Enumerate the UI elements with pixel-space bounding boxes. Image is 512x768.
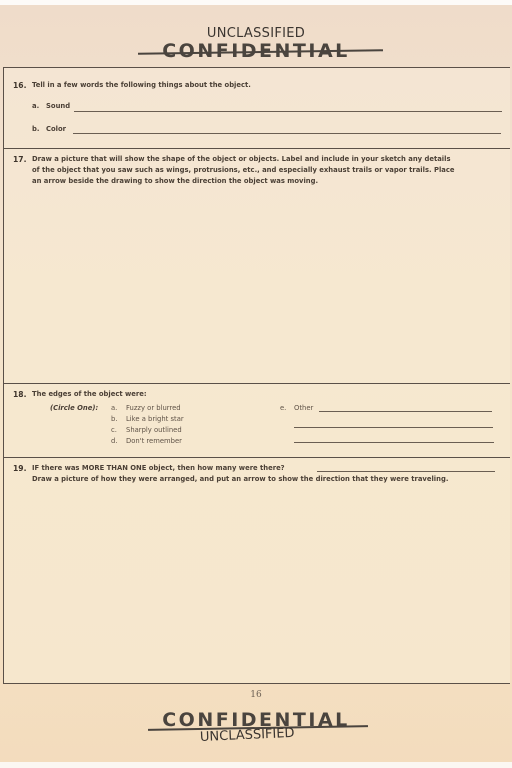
section-divider bbox=[4, 383, 510, 384]
questionnaire-form: 16. Tell in a few words the following th… bbox=[3, 67, 510, 684]
item-letter: a. bbox=[32, 102, 39, 110]
option-like-a-bright-star[interactable]: Like a bright star bbox=[126, 415, 184, 423]
object-count-field[interactable] bbox=[317, 471, 495, 472]
question-number: 17. bbox=[13, 155, 26, 164]
section-divider bbox=[4, 148, 510, 149]
classification-stamp-unclassified-bottom: UNCLASSIFIED bbox=[200, 726, 295, 745]
sound-label: Sound bbox=[46, 102, 70, 110]
sound-field[interactable] bbox=[74, 111, 502, 112]
option-letter: d. bbox=[111, 437, 117, 445]
other-field-line-2[interactable] bbox=[294, 427, 493, 428]
question-text: IF there was MORE THAN ONE object, then … bbox=[32, 463, 285, 474]
classification-stamp-unclassified-top: UNCLASSIFIED bbox=[0, 26, 512, 41]
question-number: 16. bbox=[13, 81, 26, 90]
color-label: Color bbox=[46, 125, 66, 133]
sketch-area-object-shape[interactable] bbox=[4, 190, 510, 380]
option-letter: c. bbox=[111, 426, 117, 434]
page-number: 16 bbox=[0, 690, 512, 700]
option-other[interactable]: Other bbox=[294, 404, 313, 412]
option-letter: e. bbox=[280, 404, 286, 412]
option-letter: a. bbox=[111, 404, 117, 412]
question-text-line: Draw a picture that will show the shape … bbox=[32, 154, 507, 165]
sketch-area-arrangement[interactable] bbox=[4, 490, 510, 680]
question-text-line: an arrow beside the drawing to show the … bbox=[32, 176, 507, 187]
option-letter: b. bbox=[111, 415, 117, 423]
option-dont-remember[interactable]: Don't remember bbox=[126, 437, 182, 445]
question-text: The edges of the object were: bbox=[32, 389, 147, 400]
other-field-line-3[interactable] bbox=[294, 442, 494, 443]
page-bottom-edge bbox=[0, 762, 512, 768]
section-divider bbox=[4, 457, 510, 458]
page-top-edge bbox=[0, 0, 512, 5]
question-text-line: of the object that you saw such as wings… bbox=[32, 165, 507, 176]
question-number: 19. bbox=[13, 464, 26, 473]
item-letter: b. bbox=[32, 125, 39, 133]
option-sharply-outlined[interactable]: Sharply outlined bbox=[126, 426, 182, 434]
question-text: Draw a picture that will show the shape … bbox=[32, 154, 507, 187]
question-text: Tell in a few words the following things… bbox=[32, 80, 251, 91]
question-number: 18. bbox=[13, 390, 26, 399]
circle-one-instruction: (Circle One): bbox=[50, 404, 98, 412]
question-text: Draw a picture of how they were arranged… bbox=[32, 474, 448, 485]
option-fuzzy-or-blurred[interactable]: Fuzzy or blurred bbox=[126, 404, 181, 412]
color-field[interactable] bbox=[73, 133, 501, 134]
other-field-line-1[interactable] bbox=[319, 411, 492, 412]
